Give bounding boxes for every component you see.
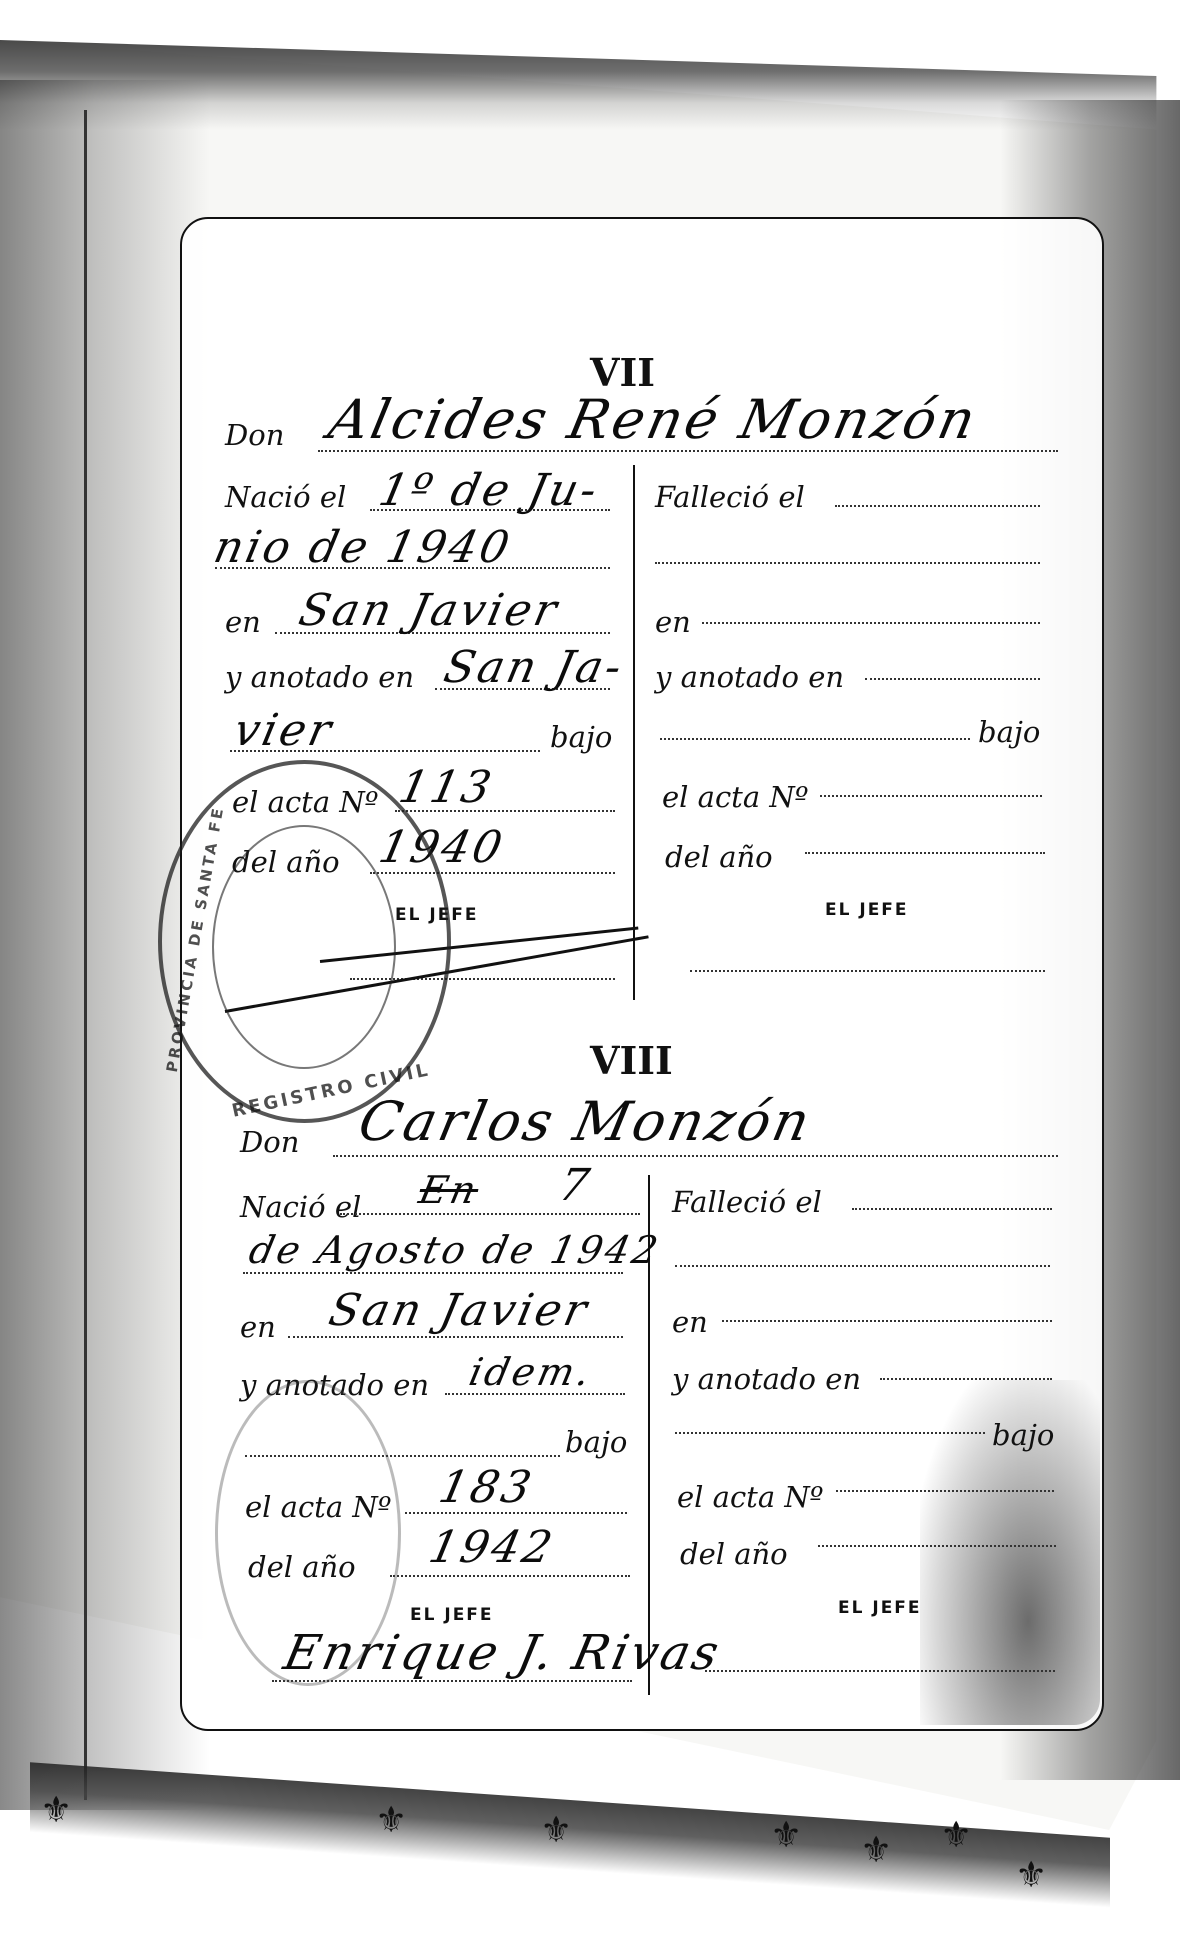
death-acta-line [836, 1490, 1054, 1492]
handwritten-birth-date-1: 1º de Ju- [375, 465, 605, 516]
label-el-jefe: EL JEFE [410, 1605, 494, 1625]
death-place-line [702, 622, 1040, 624]
handwritten-registered-1: San Ja- [440, 642, 629, 693]
label-fallecio: Falleció el [655, 480, 805, 514]
stamp-inner-ring [212, 825, 396, 1069]
death-registered-line-2 [675, 1432, 985, 1434]
label-en: en [225, 605, 261, 639]
section-number: VIII [590, 1038, 673, 1083]
label-anotado-right: y anotado en [655, 660, 844, 694]
handwritten-birth-place: San Javier [325, 1285, 594, 1336]
death-year-line [805, 852, 1045, 854]
death-signature-line [690, 970, 1045, 972]
label-bajo: bajo [565, 1425, 627, 1459]
fleur-de-lis-icon: ⚜ [375, 1800, 407, 1841]
death-registered-line-2 [660, 738, 970, 740]
death-place-line [722, 1320, 1052, 1322]
handwritten-birth-date-2: nio de 1940 [210, 522, 517, 573]
fleur-de-lis-icon: ⚜ [770, 1815, 802, 1856]
label-bajo-right: bajo [992, 1418, 1054, 1452]
label-en: en [240, 1310, 276, 1344]
fleur-de-lis-icon: ⚜ [940, 1815, 972, 1856]
fleur-de-lis-icon: ⚜ [40, 1790, 72, 1831]
handwritten-struck-text: En [415, 1168, 483, 1212]
page-edge-line [84, 110, 87, 1800]
death-date-line-1 [835, 505, 1040, 507]
birth-date-line-1 [340, 1213, 640, 1215]
handwritten-acta-number: 183 [435, 1462, 539, 1513]
handwritten-year: 1942 [425, 1522, 560, 1573]
label-nacio: Nació el [240, 1190, 361, 1224]
faint-stamp [215, 1380, 401, 1686]
column-divider [633, 465, 635, 1000]
fleur-de-lis-icon: ⚜ [1015, 1855, 1047, 1896]
handwritten-name: Carlos Monzón [353, 1090, 818, 1153]
death-signature-line [705, 1670, 1055, 1672]
year-line [390, 1575, 630, 1577]
label-anotado: y anotado en [225, 660, 414, 694]
label-bajo-right: bajo [978, 715, 1040, 749]
death-date-line-2 [655, 562, 1040, 564]
label-el-jefe-right: EL JEFE [825, 900, 909, 920]
name-line [333, 1155, 1058, 1157]
death-acta-line [820, 795, 1042, 797]
label-acta-right: el acta Nº [662, 780, 808, 814]
death-registered-line-1 [880, 1378, 1052, 1380]
birth-place-line [288, 1336, 623, 1338]
handwritten-registered-2: vier [230, 705, 339, 756]
death-registered-line-1 [865, 678, 1040, 680]
birth-date-line-2 [243, 1272, 623, 1274]
label-don: Don [240, 1125, 299, 1159]
label-anio-right: del año [665, 840, 773, 874]
label-don: Don [225, 418, 284, 452]
label-anotado-right: y anotado en [672, 1362, 861, 1396]
label-en-right: en [655, 605, 691, 639]
death-year-line [818, 1545, 1056, 1547]
label-nacio: Nació el [225, 480, 346, 514]
label-acta-right: el acta Nº [677, 1480, 823, 1514]
label-fallecio: Falleció el [672, 1185, 822, 1219]
fleur-de-lis-icon: ⚜ [860, 1830, 892, 1871]
handwritten-birth-place: San Javier [295, 585, 564, 636]
handwritten-birth-date-2: de Agosto de 1942 [245, 1228, 664, 1272]
label-anio-right: del año [680, 1537, 788, 1571]
fleur-de-lis-icon: ⚜ [540, 1810, 572, 1851]
handwritten-name: Alcides René Monzón [323, 388, 983, 451]
handwritten-registered-1: idem. [465, 1350, 596, 1394]
label-bajo: bajo [550, 720, 612, 754]
death-date-line-1 [852, 1208, 1052, 1210]
death-date-line-2 [675, 1265, 1050, 1267]
label-en-right: en [672, 1305, 708, 1339]
label-el-jefe-right: EL JEFE [838, 1598, 922, 1618]
handwritten-acta-number: 113 [395, 762, 499, 813]
